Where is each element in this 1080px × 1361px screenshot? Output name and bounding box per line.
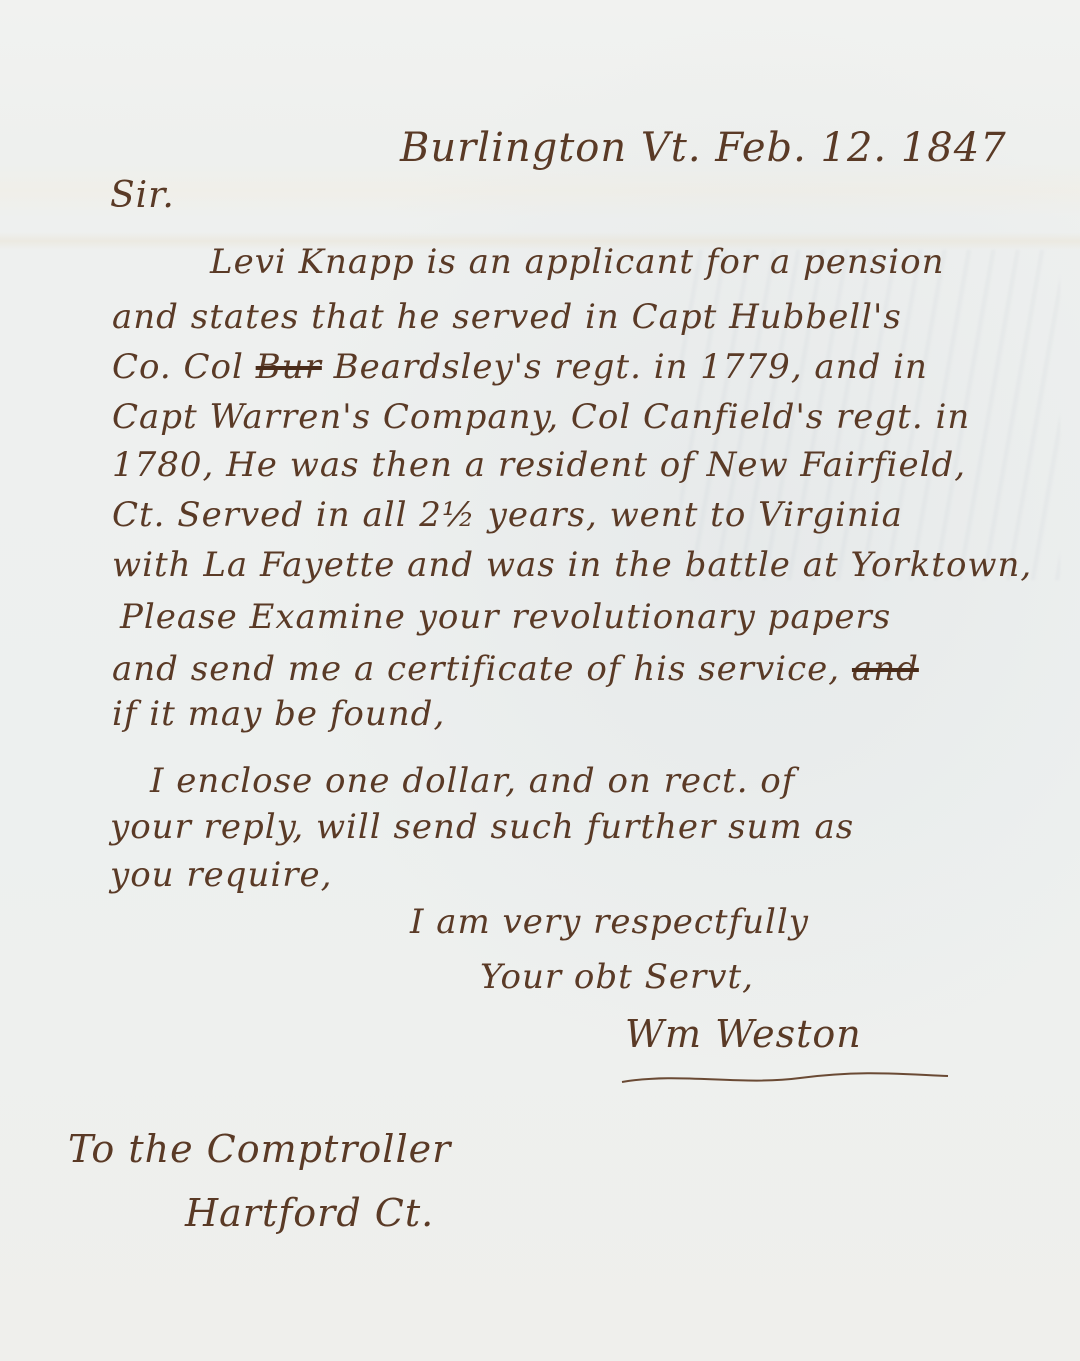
closing-line: I am very respectfully — [410, 905, 809, 939]
salutation: Sir. — [110, 178, 175, 214]
body-line: Capt Warren's Company, Col Canfield's re… — [112, 400, 970, 434]
body-line: you require, — [110, 858, 332, 892]
body-line: if it may be found, — [112, 697, 445, 731]
body-text: Beardsley's regt. in 1779, and in — [334, 347, 928, 387]
body-line: Co. Col Bur Beardsley's regt. in 1779, a… — [112, 350, 928, 384]
body-line: Levi Knapp is an applicant for a pension — [210, 245, 945, 279]
body-line: Ct. Served in all 2½ years, went to Virg… — [112, 498, 903, 532]
signature-flourish-icon — [620, 1068, 950, 1088]
body-line: your reply, will send such further sum a… — [110, 810, 854, 844]
struck-out-word: and — [852, 649, 919, 689]
dateline: Burlington Vt. Feb. 12. 1847 — [400, 128, 1007, 168]
body-line: Please Examine your revolutionary papers — [120, 600, 891, 634]
body-line: with La Fayette and was in the battle at… — [112, 548, 1032, 582]
letter-page: Burlington Vt. Feb. 12. 1847 Sir. Levi K… — [0, 0, 1080, 1361]
body-line: I enclose one dollar, and on rect. of — [150, 764, 795, 798]
body-line: and send me a certificate of his service… — [112, 652, 919, 686]
signature: Wm Weston — [625, 1015, 862, 1053]
body-line: 1780, He was then a resident of New Fair… — [112, 448, 966, 482]
struck-out-word: Bur — [256, 347, 322, 387]
address-line: To the Comptroller — [68, 1130, 451, 1168]
address-line: Hartford Ct. — [185, 1194, 434, 1232]
body-line: and states that he served in Capt Hubbel… — [112, 300, 902, 334]
closing-line: Your obt Servt, — [480, 960, 754, 994]
body-text: Co. Col — [112, 347, 244, 387]
body-text: and send me a certificate of his service… — [112, 649, 840, 689]
